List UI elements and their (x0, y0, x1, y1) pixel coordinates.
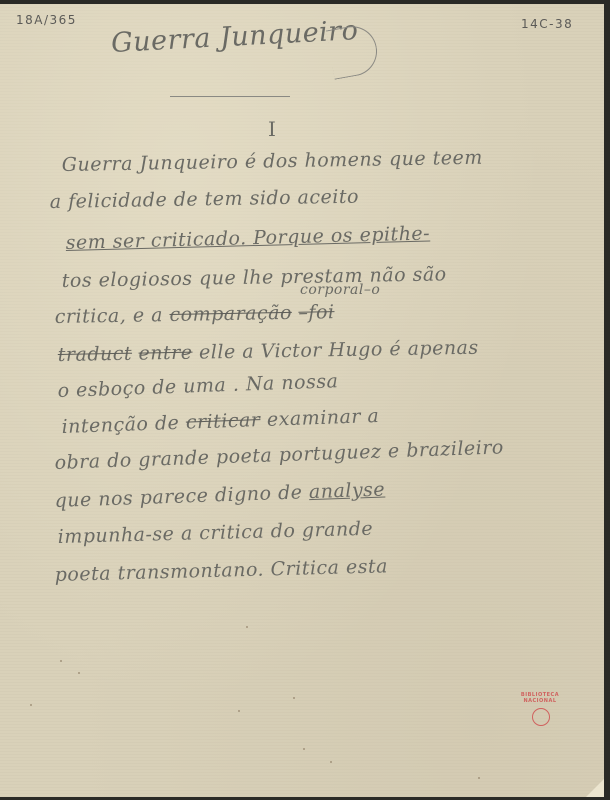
folded-corner (586, 779, 604, 797)
archive-reference-left: 18A/365 (16, 13, 77, 27)
stamp-emblem-icon (532, 708, 550, 726)
text-line-3-content: sem ser criticado. Porque os epithe- (65, 222, 430, 254)
text-line-8: intenção de criticar examinar a (61, 405, 379, 438)
text-line-2: a felicidade de tem sido aceito (50, 186, 360, 213)
paper-speck (293, 697, 295, 699)
line-6-text: elle a Victor Hugo é apenas (199, 337, 479, 364)
text-line-9: obra do grande poeta portuguez e brazile… (54, 436, 504, 474)
library-stamp: BIBLIOTECA NACIONAL (510, 692, 570, 732)
text-line-10: que nos parece digno de analyse (54, 478, 385, 512)
text-line-5: critica, e a comparação –foi (55, 301, 335, 328)
line-6-struck-1: traduct (58, 343, 133, 366)
paper-speck (246, 626, 248, 628)
line-6-struck-2: entre (138, 342, 192, 365)
manuscript-page: 18A/365 14C-38 Guerra Junqueiro I Guerra… (0, 4, 604, 797)
line-8-tail: examinar a (267, 405, 380, 431)
paper-speck (60, 660, 62, 662)
section-number: I (268, 117, 276, 141)
manuscript-title: Guerra Junqueiro (110, 15, 359, 59)
text-line-7: o esboço de uma . Na nossa (57, 370, 338, 402)
title-underline (170, 96, 290, 97)
insertion-above-line-5: corporal–o (300, 282, 380, 298)
title-flourish (326, 22, 381, 79)
text-line-12: poeta transmontano. Critica esta (54, 555, 388, 586)
text-line-11: impunha-se a critica do grande (57, 518, 373, 548)
line-5-struck-word: comparação (169, 302, 292, 326)
paper-speck (478, 777, 480, 779)
text-line-1: Guerra Junqueiro é dos homens que teem (62, 147, 483, 176)
line-8-struck: criticar (186, 409, 261, 434)
paper-speck (30, 704, 32, 706)
line-8-text: intenção de (61, 412, 179, 438)
text-line-4: tos elogiosos que lhe prestam não são (62, 263, 447, 292)
line-7-tail: . Na nossa (232, 370, 338, 396)
stamp-text: BIBLIOTECA NACIONAL (510, 692, 570, 704)
archive-reference-right: 14C-38 (521, 17, 573, 31)
paper-speck (303, 748, 305, 750)
line-5-struck-tail: –foi (298, 301, 334, 324)
paper-speck (330, 761, 332, 763)
line-10-text: que nos parece digno de (54, 481, 303, 512)
text-line-3: sem ser criticado. Porque os epithe- (65, 222, 430, 254)
text-line-6: traduct entre elle a Victor Hugo é apena… (58, 337, 479, 366)
paper-speck (238, 710, 240, 712)
line-7-text: o esboço de uma (57, 374, 226, 402)
paper-speck (78, 672, 80, 674)
line-10-underlined: analyse (309, 478, 386, 503)
line-5-text: critica, e a (55, 304, 164, 328)
